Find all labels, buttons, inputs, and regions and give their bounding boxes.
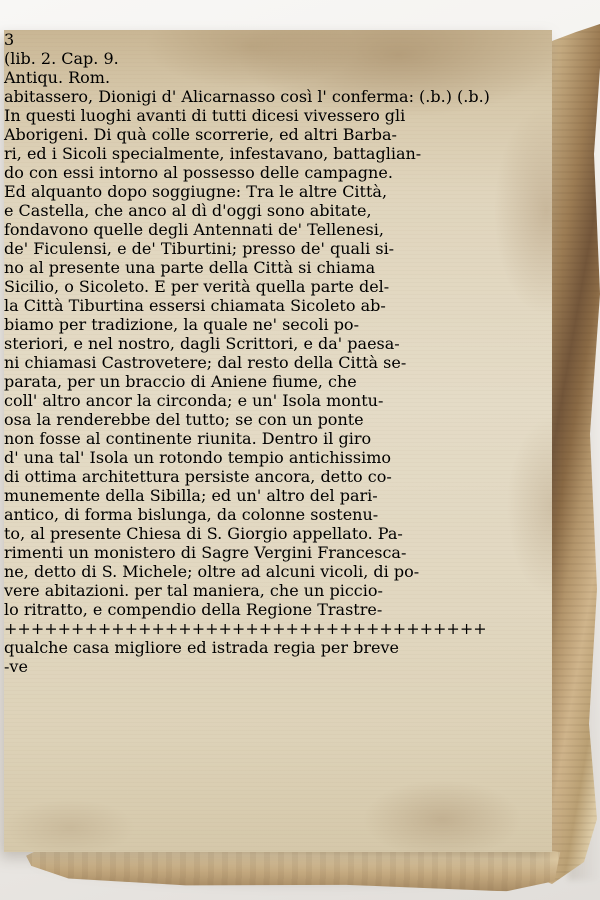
manuscript-line: e Castella, che anco al dì d'oggi sono a…: [4, 201, 552, 220]
manuscript-line-segment: ; ed un' altro del pari-: [201, 486, 378, 505]
manuscript-line-segment: appellato. Pa-: [287, 524, 402, 543]
strikeout-correction: ++++++++++++++++++++++++++++++++++++: [4, 619, 552, 638]
manuscript-line-segment: biamo per tradizione, la quale ne' secol…: [4, 315, 359, 334]
manuscript-line: In questi luoghi avanti di tutti dicesi …: [4, 106, 552, 125]
manuscript-line: no al presente una parte della Città si …: [4, 258, 552, 277]
manuscript-line: ri, ed i Sicoli specialmente, infestavan…: [4, 144, 552, 163]
manuscript-line-segment: Sicoleto: [290, 296, 355, 315]
manuscript-line: coll' altro ancor la circonda; e un' Iso…: [4, 391, 552, 410]
page-number: 3: [4, 30, 552, 49]
manuscript-line-segment: munemente: [4, 486, 105, 505]
manuscript-line-segment: Trastre-: [317, 600, 382, 619]
manuscript-line-segment: piccio-: [329, 581, 382, 600]
interlinear-right-text: per breve: [321, 638, 399, 657]
manuscript-line: non fosse al continente riunita. Dentro …: [4, 429, 552, 448]
manuscript-line-segment: di ottima architettura persiste ancora, …: [4, 467, 392, 486]
manuscript-line: vere abitazioni. per tal maniera, che un…: [4, 581, 552, 600]
manuscript-page: 3 (lib. 2. Cap. 9. Antiqu. Rom. abitasse…: [4, 30, 552, 852]
manuscript-text-block: abitassero, Dionigi d' Alicarnasso così …: [4, 87, 552, 619]
interlinear-insertion: qualche casa migliore ed istrada regia p…: [4, 638, 552, 657]
manuscript-line: Sicilio, o Sicoleto. E per verità quella…: [4, 277, 552, 296]
manuscript-line-segment: coll' altro ancor la circonda; e un' Iso…: [4, 391, 383, 410]
manuscript-line-segment: Castrovetere: [102, 353, 207, 372]
manuscript-line: rimenti un monistero di Sagre Vergini Fr…: [4, 543, 552, 562]
manuscript-line: steriori, e nel nostro, dagli Scrittori,…: [4, 334, 552, 353]
manuscript-line-segment: colle scorrerie: [152, 125, 269, 144]
margin-citation-line: Antiqu. Rom.: [4, 68, 552, 87]
manuscript-line-segment: Aborigeni. Di quà: [4, 125, 152, 144]
interlinear-left-text: qualche casa migliore ed istrada regia: [4, 638, 316, 657]
manuscript-line: de' Ficulensi, e de' Tiburtini; presso d…: [4, 239, 552, 258]
manuscript-line-segment: ab-: [355, 296, 385, 315]
manuscript-line-segment: di S. Giorgio: [186, 524, 287, 543]
manuscript-line-segment: che anco al dì d'oggi sono abitate,: [94, 201, 371, 220]
manuscript-line-segment: infestavano, battaglian-: [230, 144, 422, 163]
catchword: -ve: [4, 657, 552, 676]
manuscript-line-segment: questi luoghi avanti di tutti: [21, 106, 252, 125]
manuscript-line-segment: e Castella,: [4, 201, 94, 220]
manuscript-line-segment: ni chiamasi: [4, 353, 102, 372]
manuscript-line-segment: campagne.: [304, 163, 393, 182]
manuscript-line-segment: de' Ficulensi, e de' Tiburtini;: [4, 239, 242, 258]
manuscript-line-segment: In: [4, 106, 21, 125]
manuscript-line-segment: non fosse al continente riunita. Dentro …: [4, 429, 371, 448]
manuscript-line: antico, di forma bislunga, da colonne so…: [4, 505, 552, 524]
manuscript-line: la Città Tiburtina essersi chiamata Sico…: [4, 296, 552, 315]
manuscript-line: munemente della Sibilla; ed un' altro de…: [4, 486, 552, 505]
manuscript-line-segment: steriori, e nel nostro, dagli Scrittori,…: [4, 334, 400, 353]
manuscript-line-segment: E per verità quella parte del-: [149, 277, 389, 296]
manuscript-line-segment: ; oltre ad alcuni vicoli, di po-: [187, 562, 419, 581]
manuscript-line-segment: d' una tal' Isola un rotondo: [4, 448, 228, 467]
manuscript-line: lo ritratto, e compendio della Regione T…: [4, 600, 552, 619]
manuscript-line-segment: antico, di forma bislunga, da colonne so…: [4, 505, 378, 524]
manuscript-line: Aborigeni. Di quà colle scorrerie, ed al…: [4, 125, 552, 144]
manuscript-line-segment: tempio: [228, 448, 284, 467]
margin-citation-note: (lib. 2. Cap. 9. Antiqu. Rom.: [4, 49, 552, 87]
manuscript-line: do con essi intorno al possesso delle ca…: [4, 163, 552, 182]
manuscript-line-segment: osa la renderebbe del tutto; se con un p…: [4, 410, 364, 429]
manuscript-line-segment: Sicilio, o Sicoleto.: [4, 277, 149, 296]
manuscript-line-segment: antichissimo: [284, 448, 391, 467]
manuscript-line: fondavono quelle degli Antennati de' Tel…: [4, 220, 552, 239]
manuscript-line-segment: rimenti un monistero di Sagre Vergini Fr…: [4, 543, 406, 562]
manuscript-line-segment: presso de' quali si-: [242, 239, 394, 258]
manuscript-line-segment: S. Michele: [102, 562, 187, 581]
photo-of-manuscript-book: 3 (lib. 2. Cap. 9. Antiqu. Rom. abitasse…: [0, 0, 600, 900]
manuscript-line-segment: parata, per un braccio di Aniene fiume, …: [4, 372, 357, 391]
manuscript-line-segment: , ed altri Barba-: [269, 125, 397, 144]
manuscript-line: parata, per un braccio di Aniene fiume, …: [4, 372, 552, 391]
manuscript-line-segment: della Sibilla: [105, 486, 201, 505]
manuscript-line-segment: dicesi vivessero gli: [252, 106, 406, 125]
manuscript-line-segment: do con essi intorno al possesso delle: [4, 163, 304, 182]
manuscript-line: di ottima architettura persiste ancora, …: [4, 467, 552, 486]
manuscript-line-segment: la Città Tiburtina essersi chiamata: [4, 296, 290, 315]
manuscript-line-segment: abitassero, Dionigi d' Alicarnasso così …: [4, 87, 490, 106]
paper-surface: 3 (lib. 2. Cap. 9. Antiqu. Rom. abitasse…: [4, 30, 552, 676]
manuscript-line-segment: Ed alquanto dopo soggiugne:: [4, 182, 246, 201]
manuscript-line-segment: ne, detto di: [4, 562, 102, 581]
manuscript-line-segment: ri, ed i Sicoli specialmente,: [4, 144, 230, 163]
margin-citation-line: (lib. 2. Cap. 9.: [4, 49, 552, 68]
manuscript-line-segment: Tra le altre Città,: [246, 182, 387, 201]
manuscript-line: d' una tal' Isola un rotondo tempio anti…: [4, 448, 552, 467]
manuscript-line-segment: vere abitazioni. per tal maniera, che un: [4, 581, 329, 600]
manuscript-line-segment: fondavono quelle degli: [4, 220, 193, 239]
manuscript-line: abitassero, Dionigi d' Alicarnasso così …: [4, 87, 552, 106]
manuscript-line: Ed alquanto dopo soggiugne: Tra le altre…: [4, 182, 552, 201]
manuscript-line: ni chiamasi Castrovetere; dal resto dell…: [4, 353, 552, 372]
manuscript-line: ne, detto di S. Michele; oltre ad alcuni…: [4, 562, 552, 581]
manuscript-line-segment: ; dal resto della Città se-: [207, 353, 406, 372]
manuscript-line-segment: Antennati de' Tellenesi,: [193, 220, 384, 239]
manuscript-line: biamo per tradizione, la quale ne' secol…: [4, 315, 552, 334]
manuscript-line: to, al presente Chiesa di S. Giorgio app…: [4, 524, 552, 543]
manuscript-line: osa la renderebbe del tutto; se con un p…: [4, 410, 552, 429]
manuscript-line-segment: to, al presente Chiesa: [4, 524, 186, 543]
manuscript-line-segment: no al presente una parte della Città si …: [4, 258, 375, 277]
manuscript-line-segment: lo ritratto, e compendio della Regione: [4, 600, 317, 619]
